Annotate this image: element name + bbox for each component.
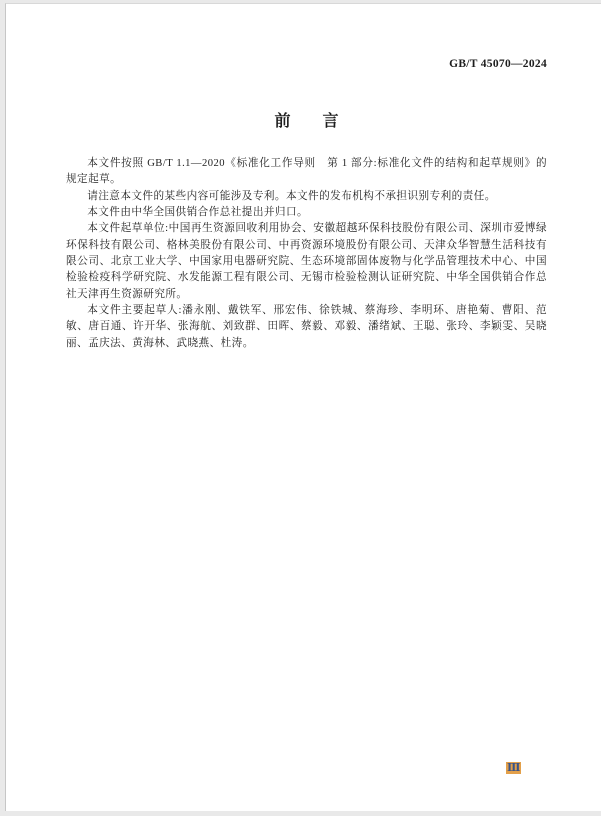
page-number: Ⅲ	[506, 761, 521, 776]
foreword-paragraph-proposing-body: 本文件由中华全国供销合作总社提出并归口。	[66, 205, 547, 221]
foreword-paragraph-main-drafters: 本文件主要起草人:潘永刚、戴铁军、邢宏伟、徐铁城、蔡海珍、李明环、唐艳菊、曹阳、…	[66, 303, 547, 352]
standard-number-header: GB/T 45070—2024	[6, 58, 547, 70]
foreword-paragraph-drafting-organizations: 本文件起草单位:中国再生资源回收利用协会、安徽超越环保科技股份有限公司、深圳市爱…	[66, 221, 547, 303]
document-canvas: { "document": { "header_code": "GB/T 450…	[0, 0, 601, 816]
page-number-highlight: Ⅲ	[506, 762, 521, 774]
foreword-body: 本文件按照 GB/T 1.1—2020《标准化工作导则 第 1 部分:标准化文件…	[66, 156, 547, 352]
foreword-paragraph-patent-notice: 请注意本文件的某些内容可能涉及专利。本文件的发布机构不承担识别专利的责任。	[66, 189, 547, 205]
page-title: 前 言	[66, 108, 547, 131]
foreword-paragraph-drafting-rules: 本文件按照 GB/T 1.1—2020《标准化工作导则 第 1 部分:标准化文件…	[66, 156, 547, 189]
document-page: GB/T 45070—2024 前 言 本文件按照 GB/T 1.1—2020《…	[5, 3, 601, 811]
